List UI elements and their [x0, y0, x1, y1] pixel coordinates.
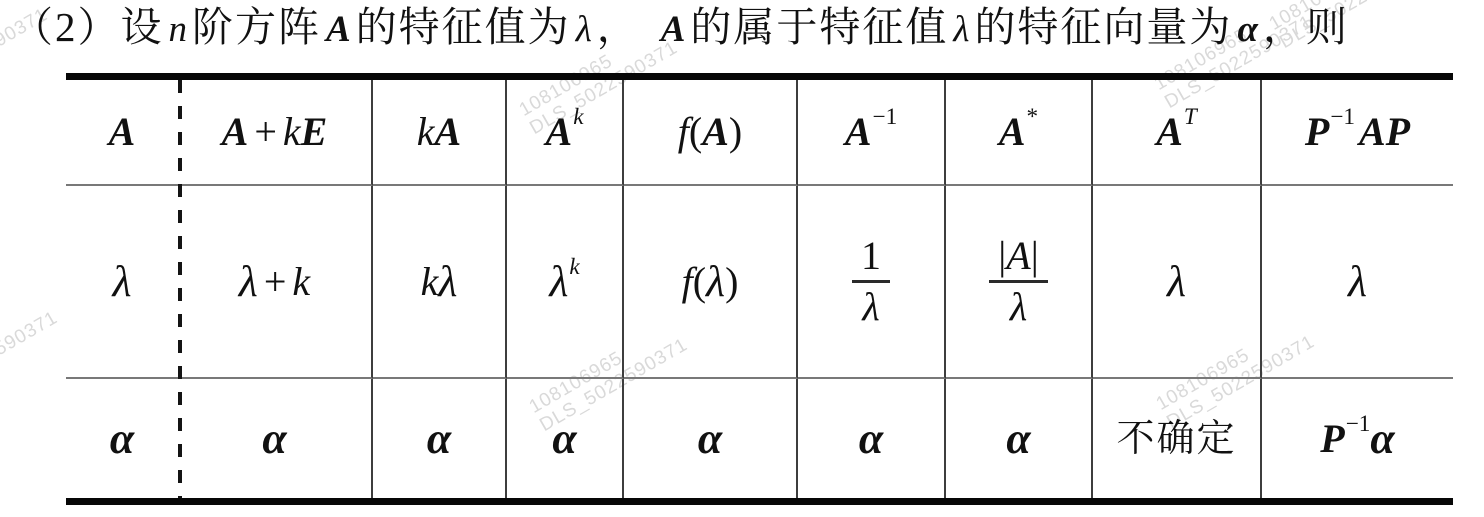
statement-text: 阶方阵 [192, 4, 321, 50]
cell-vec-undetermined: 不确定 [1093, 379, 1262, 498]
superscript-T: T [1184, 106, 1197, 129]
var-A: A [326, 9, 351, 50]
eigenvalue-table: A A+kE kA Ak f(A) A−1 A* AT P−1AP λ λ+k … [66, 73, 1453, 505]
cell-eig-lambda-power-k: λk [507, 186, 624, 379]
cell-matrix-A-transpose: AT [1093, 80, 1262, 186]
cell-eig-lambda-plus-k: λ+k [178, 186, 373, 379]
math-P: P [1320, 419, 1344, 459]
paren-open: ( [689, 112, 702, 152]
math-A: A [999, 112, 1026, 152]
math-alpha: α [427, 417, 451, 461]
math-E: E [301, 112, 328, 152]
cell-vec-alpha: α [66, 379, 178, 498]
math-alpha: α [1006, 417, 1030, 461]
superscript-k: k [569, 256, 579, 279]
math-k: k [292, 262, 310, 302]
problem-statement: （2）设n阶方阵A的特征值为λ，A的属于特征值λ的特征向量为α，则 [12, 1, 1349, 56]
cell-vec-alpha: α [798, 379, 946, 498]
math-alpha: α [262, 417, 286, 461]
superscript-minus-1: −1 [873, 106, 898, 129]
math-lambda: λ [1167, 260, 1186, 304]
plus-sign: + [254, 112, 277, 152]
cell-eig-lambda-transpose: λ [1093, 186, 1262, 379]
superscript-star: * [1027, 106, 1039, 129]
cell-matrix-similar: P−1AP [1262, 80, 1453, 186]
cell-eig-lambda: λ [66, 186, 178, 379]
plus-sign: + [264, 262, 287, 302]
paren-close: ) [729, 112, 742, 152]
dashed-column-divider [178, 80, 182, 498]
statement-text: 的特征值为 [356, 4, 571, 50]
cell-eig-k-lambda: kλ [373, 186, 507, 379]
comma: ， [597, 4, 640, 50]
math-alpha: α [698, 417, 722, 461]
math-A: A [1359, 112, 1386, 152]
statement-text: ，则 [1263, 4, 1349, 50]
superscript-minus-1: −1 [1346, 413, 1371, 436]
cell-vec-alpha: α [507, 379, 624, 498]
math-lambda: λ [706, 260, 725, 304]
var-n: n [169, 9, 188, 50]
cell-eig-detA-over-lambda: |A| λ [946, 186, 1093, 379]
undetermined-label: 不确定 [1116, 420, 1236, 458]
statement-text: （2）设 [12, 4, 164, 50]
math-f: f [682, 262, 693, 302]
math-A: A [109, 112, 136, 152]
math-alpha: α [1370, 417, 1394, 461]
superscript-minus-1: −1 [1330, 106, 1355, 129]
superscript-k: k [573, 106, 583, 129]
math-alpha: α [110, 417, 134, 461]
math-k: k [417, 112, 435, 152]
math-A: A [1156, 112, 1183, 152]
math-A: A [222, 112, 249, 152]
math-P: P [1305, 112, 1329, 152]
var-lambda: λ [576, 9, 592, 50]
math-lambda: λ [549, 260, 568, 304]
math-A: A [845, 112, 872, 152]
math-A: A [546, 112, 573, 152]
math-lambda: λ [239, 260, 258, 304]
var-lambda: λ [953, 9, 969, 50]
math-A: A [702, 112, 729, 152]
cell-vec-alpha: α [373, 379, 507, 498]
abs-bar: | [1031, 233, 1039, 278]
math-lambda: λ [112, 260, 131, 304]
cell-eig-one-over-lambda: 1 λ [798, 186, 946, 379]
math-lambda: λ [1348, 260, 1367, 304]
cell-vec-P-inverse-alpha: P−1α [1262, 379, 1453, 498]
watermark: 108106965DLS_5022590371 [0, 289, 62, 409]
math-A: A [1006, 233, 1030, 278]
cell-matrix-A-plus-kE: A+kE [178, 80, 373, 186]
cell-matrix-f-of-A: f(A) [624, 80, 798, 186]
math-alpha: α [859, 417, 883, 461]
math-P: P [1386, 112, 1410, 152]
math-lambda: λ [438, 260, 457, 304]
cell-eig-f-of-lambda: f(λ) [624, 186, 798, 379]
cell-matrix-A: A [66, 80, 178, 186]
statement-text: 的属于特征值 [690, 4, 948, 50]
cell-matrix-A-adjugate: A* [946, 80, 1093, 186]
math-A: A [435, 112, 462, 152]
paren-open: ( [693, 262, 706, 302]
math-k: k [283, 112, 301, 152]
fraction-denominator: λ [862, 283, 879, 327]
statement-text: 的特征向量为 [974, 4, 1232, 50]
cell-vec-alpha: α [946, 379, 1093, 498]
fraction-detA-over-lambda: |A| λ [989, 236, 1047, 327]
math-k: k [421, 262, 439, 302]
var-alpha: α [1237, 9, 1257, 50]
cell-matrix-kA: kA [373, 80, 507, 186]
fraction-numerator: |A| [989, 236, 1047, 283]
cell-vec-alpha: α [624, 379, 798, 498]
math-f: f [678, 112, 689, 152]
cell-vec-alpha: α [178, 379, 373, 498]
cell-eig-lambda-similar: λ [1262, 186, 1453, 379]
fraction-numerator: 1 [852, 236, 890, 283]
fraction-1-over-lambda: 1 λ [852, 236, 890, 327]
math-alpha: α [552, 417, 576, 461]
cell-matrix-A-inverse: A−1 [798, 80, 946, 186]
var-A: A [661, 9, 686, 50]
paren-close: ) [725, 262, 738, 302]
cell-matrix-A-power-k: Ak [507, 80, 624, 186]
fraction-denominator: λ [1010, 283, 1027, 327]
